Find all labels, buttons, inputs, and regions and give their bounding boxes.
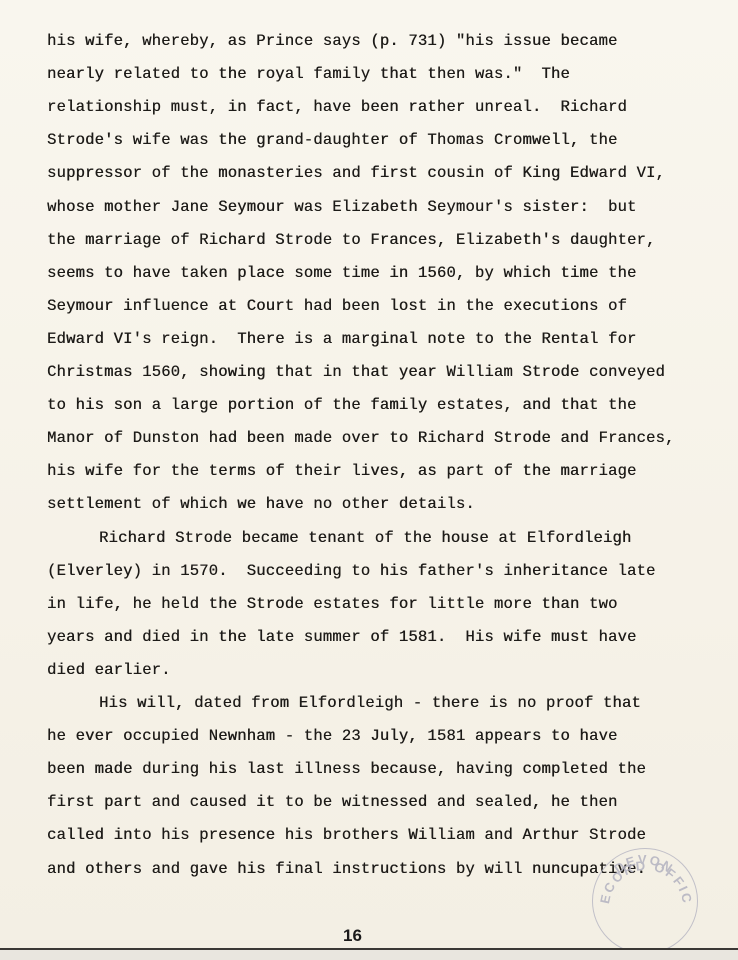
text-line: he ever occupied Newnham - the 23 July, …	[47, 726, 617, 746]
page-number: 16	[343, 926, 362, 946]
text-line: Richard Strode became tenant of the hous…	[99, 528, 631, 548]
text-line: His will, dated from Elfordleigh - there…	[99, 693, 641, 713]
text-line: suppressor of the monasteries and first …	[47, 163, 665, 183]
text-line: relationship must, in fact, have been ra…	[47, 97, 627, 117]
text-line: (Elverley) in 1570. Succeeding to his fa…	[47, 561, 656, 581]
scan-background	[0, 950, 738, 960]
text-line: Seymour influence at Court had been lost…	[47, 296, 627, 316]
text-line: the marriage of Richard Strode to France…	[47, 230, 656, 250]
text-line: years and died in the late summer of 158…	[47, 627, 636, 647]
text-line: Strode's wife was the grand-daughter of …	[47, 130, 617, 150]
text-line: seems to have taken place some time in 1…	[47, 263, 636, 283]
text-line: Edward VI's reign. There is a marginal n…	[47, 329, 636, 349]
text-line: in life, he held the Strode estates for …	[47, 594, 617, 614]
text-line: Christmas 1560, showing that in that yea…	[47, 362, 665, 382]
text-line: Manor of Dunston had been made over to R…	[47, 428, 675, 448]
text-line: died earlier.	[47, 660, 171, 680]
text-line: his wife, whereby, as Prince says (p. 73…	[47, 31, 617, 51]
text-line: first part and caused it to be witnessed…	[47, 792, 617, 812]
text-line: whose mother Jane Seymour was Elizabeth …	[47, 197, 636, 217]
text-line: his wife for the terms of their lives, a…	[47, 461, 636, 481]
text-line: and others and gave his final instructio…	[47, 859, 646, 879]
devon-record-office-stamp: RECORD OFFICE DEVON	[592, 848, 698, 954]
text-line: to his son a large portion of the family…	[47, 395, 636, 415]
document-page: his wife, whereby, as Prince says (p. 73…	[0, 0, 738, 948]
text-line: settlement of which we have no other det…	[47, 494, 475, 514]
text-line: been made during his last illness becaus…	[47, 759, 646, 779]
text-line: called into his presence his brothers Wi…	[47, 825, 646, 845]
text-line: nearly related to the royal family that …	[47, 64, 570, 84]
